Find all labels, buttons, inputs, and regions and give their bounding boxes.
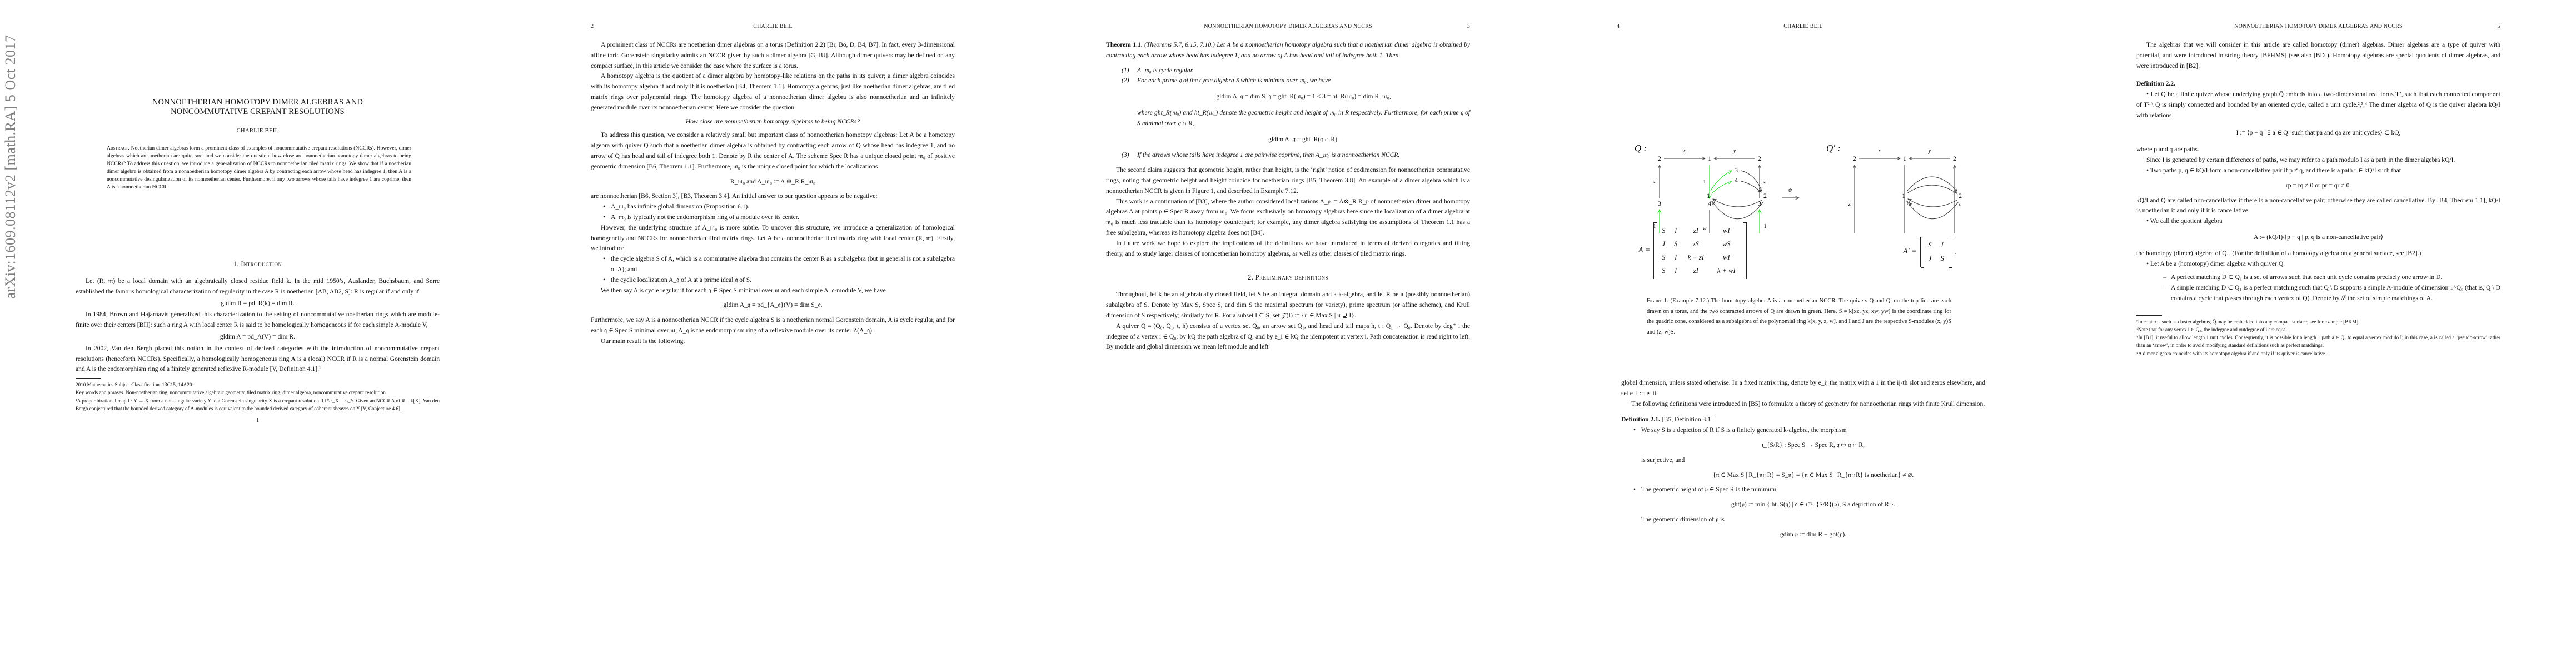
page-4: 4 CHARLIE BEIL Q : 212 343 bbox=[1546, 0, 2061, 667]
definition-bullet: • Let Q be a finite quiver whose underly… bbox=[2136, 89, 2500, 121]
list-item: We say S is a depiction of R if S is a f… bbox=[1641, 425, 1985, 480]
page-number: 3 bbox=[1467, 23, 1470, 29]
paragraph: the homotopy (dimer) algebra of Q.⁵ (For… bbox=[2136, 248, 2500, 259]
svg-text:3: 3 bbox=[1735, 167, 1738, 174]
definition-2-2-label: Definition 2.2. bbox=[2136, 79, 2500, 89]
paragraph: In 2002, Van den Bergh placed this notio… bbox=[76, 344, 440, 375]
page-3-body: Theorem 1.1. (Theorems 5.7, 6.15, 7.10.)… bbox=[1106, 40, 1470, 352]
author: CHARLIE BEIL bbox=[76, 128, 440, 134]
equation: gldim A_𝔮 = pd_{A_𝔮}(V) = dim S_𝔮. bbox=[591, 300, 955, 311]
theorem-item-3: (3)If the arrows whose tails have indegr… bbox=[1137, 150, 1470, 161]
paragraph: kQ/I and Q are called non-cancellative i… bbox=[2136, 196, 2500, 217]
abstract-text: Noetherian dimer algebras form a promine… bbox=[107, 145, 411, 190]
footnote-rule bbox=[2136, 315, 2162, 316]
svg-text:2: 2 bbox=[1959, 192, 1962, 200]
paragraph: The following definitions were introduce… bbox=[1621, 399, 1985, 410]
equation: ght(𝔭) := min { ht_S(𝔮) | 𝔮 ∈ ι⁻¹_{S/R}(… bbox=[1641, 500, 1985, 510]
list-item: A perfect matching D ⊂ Q₁ is a set of ar… bbox=[2171, 272, 2500, 283]
svg-text:2: 2 bbox=[1658, 155, 1661, 162]
definition-ref: [B5, Definition 3.1] bbox=[1662, 416, 1713, 423]
title-line-1: NONNOETHERIAN HOMOTOPY DIMER ALGEBRAS AN… bbox=[76, 98, 440, 107]
list-item: The geometric height of 𝔭 ∈ Spec R is th… bbox=[1641, 485, 1985, 540]
theorem-item-2: (2)For each prime 𝔮 of the cycle algebra… bbox=[1137, 76, 1470, 145]
paragraph: where p and q are paths. bbox=[2136, 145, 2500, 155]
theorem-1-1: Theorem 1.1. (Theorems 5.7, 6.15, 7.10.)… bbox=[1106, 40, 1470, 61]
paragraph: Furthermore, we say A is a nonnoetherian… bbox=[591, 315, 955, 336]
page-2: 2 CHARLIE BEIL A prominent class of NCCR… bbox=[515, 0, 1030, 667]
paragraph: The second claim suggests that geometric… bbox=[1106, 165, 1470, 196]
paragraph: A homotopy algebra is the quotient of a … bbox=[591, 71, 955, 113]
dash-list: A perfect matching D ⊂ Q₁ is a set of ar… bbox=[2136, 272, 2500, 303]
section-heading-introduction: 1. Introduction bbox=[76, 260, 440, 268]
paragraph: Let (R, 𝔪) be a local domain with an alg… bbox=[76, 276, 440, 297]
quiver-Q-label: Q : bbox=[1635, 143, 1647, 153]
page-number: 1 bbox=[76, 416, 440, 426]
list-item: A_𝔪₀ has infinite global dimension (Prop… bbox=[611, 202, 955, 212]
paragraph: A prominent class of NCCRs are noetheria… bbox=[591, 40, 955, 71]
matrix-A-grid: SIzIwI JSzSwS SIk + zIwI SIzIk + wI bbox=[1653, 222, 1747, 279]
equation: rp = rq ≠ 0 or pr = qr ≠ 0. bbox=[2136, 181, 2500, 191]
theorem-item-1: (1)A_𝔪₀ is cycle regular. bbox=[1137, 66, 1470, 76]
page-number: 5 bbox=[2498, 23, 2500, 29]
small-quiver-diagrams: 3 4 1 2 1 2 bbox=[1546, 167, 2061, 256]
section-heading-preliminaries: 2. Preliminary definitions bbox=[1106, 273, 1470, 282]
paragraph: However, the underlying structure of A_𝔪… bbox=[591, 223, 955, 254]
paragraph: This work is a continuation of [B3], whe… bbox=[1106, 197, 1470, 238]
paragraph: In 1984, Brown and Hajarnavis generalize… bbox=[76, 310, 440, 331]
equation: gldim A_𝔮 = dim S_𝔮 = ght_R(𝔪₀) = 1 < 3 … bbox=[1137, 92, 1470, 102]
figure-1: Q : 212 343 121 bbox=[1546, 0, 2061, 295]
page-5-body: The algebras that we will consider in th… bbox=[2136, 40, 2500, 357]
list-item: A_𝔪₀ is typically not the endomorphism r… bbox=[611, 212, 955, 223]
abstract-label: Abstract. bbox=[107, 145, 129, 151]
list-item: the cyclic localization A_𝔮 of A at a pr… bbox=[611, 275, 955, 286]
paragraph: global dimension, unless stated otherwis… bbox=[1621, 378, 1985, 399]
bullet-list: A_𝔪₀ has infinite global dimension (Prop… bbox=[591, 202, 955, 223]
page-2-body: A prominent class of NCCRs are noetheria… bbox=[591, 40, 955, 347]
svg-text:1: 1 bbox=[1708, 155, 1711, 162]
title-line-2: NONCOMMUTATIVE CREPANT RESOLUTIONS bbox=[76, 107, 440, 117]
footnote-rule bbox=[76, 378, 101, 379]
equation: gldim A_𝔮 = ght_R(𝔮 ∩ R). bbox=[1137, 135, 1470, 145]
definition-label: Definition 2.1. bbox=[1621, 416, 1660, 423]
paragraph: The algebras that we will consider in th… bbox=[2136, 40, 2500, 71]
equation: R_𝔪₀ and A_𝔪₀ := A ⊗_R R_𝔪₀ bbox=[591, 177, 955, 187]
equation: gldim R = pd_R(k) = dim R. bbox=[76, 298, 440, 309]
footnote-4: ⁴In [B1], it useful to allow length 1 un… bbox=[2136, 333, 2500, 349]
svg-text:4: 4 bbox=[1735, 176, 1738, 184]
svg-text:2: 2 bbox=[1853, 155, 1856, 162]
matrix-A-prime-grid: SI JS bbox=[1920, 237, 1952, 267]
page-5: NONNOETHERIAN HOMOTOPY DIMER ALGEBRAS AN… bbox=[2061, 0, 2576, 667]
definition-bullet: • We call the quotient algebra bbox=[2136, 216, 2500, 227]
svg-text:1: 1 bbox=[1707, 192, 1710, 200]
bullet-list: the cycle algebra S of A, which is a com… bbox=[591, 254, 955, 285]
caption-text: (Example 7.12.) The homotopy algebra A i… bbox=[1647, 298, 1951, 335]
paragraph: To address this question, we consider a … bbox=[591, 130, 955, 172]
abstract: Abstract. Noetherian dimer algebras form… bbox=[107, 145, 411, 192]
arxiv-stamp: arXiv:1609.08112v2 [math.RA] 5 Oct 2017 bbox=[2, 22, 19, 311]
equation: gldim A = pd_A(V) = dim R. bbox=[76, 332, 440, 342]
question: How close are nonnoetherian homotopy alg… bbox=[591, 117, 955, 127]
svg-text:y: y bbox=[1733, 148, 1736, 154]
theorem-label: Theorem 1.1. bbox=[1106, 41, 1143, 48]
equation: gdim 𝔭 := dim R − ght(𝔭). bbox=[1641, 530, 1985, 540]
definition-2-1: Definition 2.1. [B5, Definition 3.1] bbox=[1621, 415, 1985, 425]
paragraph: A quiver Q = (Q₀, Q₁, t, h) consists of … bbox=[1106, 321, 1470, 352]
figure-caption: Figure 1. (Example 7.12.) The homotopy a… bbox=[1647, 296, 1951, 338]
paragraph: We then say A is cycle regular if for ea… bbox=[591, 286, 955, 296]
matrix-A: A = SIzIwI JSzSwS SIk + zIwI SIzIk + wI bbox=[1638, 222, 1747, 279]
svg-text:1: 1 bbox=[1902, 192, 1905, 200]
definition-bullet: • Let A be a (homotopy) dimer algebra wi… bbox=[2136, 259, 2500, 270]
svg-text:y: y bbox=[1928, 148, 1931, 154]
paper-title: NONNOETHERIAN HOMOTOPY DIMER ALGEBRAS AN… bbox=[76, 98, 440, 117]
theorem-ref: (Theorems 5.7, 6.15, 7.10.) bbox=[1144, 41, 1215, 48]
equation: I := ⟨p − q | ∃ a ∈ Q₁ such that pa and … bbox=[2136, 128, 2500, 138]
matrix-A-prime: A′ = SI JS . bbox=[1903, 237, 1956, 267]
footnote-2: ²In contexts such as cluster algebras, Q… bbox=[2136, 318, 2500, 326]
theorem-items: (1)A_𝔪₀ is cycle regular. (2)For each pr… bbox=[1106, 66, 1470, 161]
figure-label: Figure 1. bbox=[1647, 298, 1668, 304]
running-title: NONNOETHERIAN HOMOTOPY DIMER ALGEBRAS AN… bbox=[1106, 23, 1470, 29]
paragraph: Our main result is the following. bbox=[591, 336, 955, 347]
paragraph: Throughout, let k be an algebraically cl… bbox=[1106, 290, 1470, 321]
running-title: NONNOETHERIAN HOMOTOPY DIMER ALGEBRAS AN… bbox=[2136, 23, 2500, 29]
paragraph: In future work we hope to explore the im… bbox=[1106, 238, 1470, 260]
page-1: arXiv:1609.08112v2 [math.RA] 5 Oct 2017 … bbox=[0, 0, 515, 667]
footnote-keywords: Key words and phrases. Non-noetherian ri… bbox=[76, 389, 440, 396]
equation: {𝔫 ∈ Max S | R_{𝔫∩R} = S_𝔫} = {𝔫 ∈ Max S… bbox=[1641, 470, 1985, 481]
svg-text:x: x bbox=[1683, 148, 1686, 154]
svg-text:2: 2 bbox=[1763, 192, 1767, 200]
pdf-page-spread: arXiv:1609.08112v2 [math.RA] 5 Oct 2017 … bbox=[0, 0, 2576, 667]
equation: ι_{S/R} : Spec S → Spec R, 𝔮 ↦ 𝔮 ∩ R, bbox=[1641, 440, 1985, 451]
paragraph: Since I is generated by certain differen… bbox=[2136, 155, 2500, 166]
paragraph: are nonnoetherian [B6, Section 3], [B3, … bbox=[591, 191, 955, 202]
footnote-msc: 2010 Mathematics Subject Classification.… bbox=[76, 381, 440, 389]
svg-text:2: 2 bbox=[1953, 155, 1956, 162]
svg-text:2: 2 bbox=[1758, 155, 1761, 162]
list-item: A simple matching D ⊂ Q₁ is a perfect ma… bbox=[2171, 283, 2500, 304]
definition-bullet: • Two paths p, q ∈ kQ/I form a non-cance… bbox=[2136, 166, 2500, 176]
svg-text:x: x bbox=[1878, 148, 1881, 154]
footnote-3: ³Note that for any vertex i ∈ Q₀, the in… bbox=[2136, 326, 2500, 333]
running-title: CHARLIE BEIL bbox=[591, 23, 955, 29]
quiver-Qprime-label: Q′ : bbox=[1826, 143, 1841, 153]
page-3: NONNOETHERIAN HOMOTOPY DIMER ALGEBRAS AN… bbox=[1030, 0, 1546, 667]
footnote-5: ⁵A dimer algebra coincides with its homo… bbox=[2136, 350, 2500, 357]
page-1-body: 1. Introduction Let (R, 𝔪) be a local do… bbox=[76, 260, 440, 427]
footnote-1: ¹A proper birational map f : Y → X from … bbox=[76, 397, 440, 412]
equation: A := (kQ/I)/⟨p − q | p, q is a non-cance… bbox=[2136, 232, 2500, 243]
definition-bullets: We say S is a depiction of R if S is a f… bbox=[1621, 425, 1985, 540]
list-item: the cycle algebra S of A, which is a com… bbox=[611, 254, 955, 275]
svg-text:1: 1 bbox=[1903, 155, 1906, 162]
page-4-body: global dimension, unless stated otherwis… bbox=[1621, 378, 1985, 545]
theorem-item-2-cont: where ght_R(𝔪₀) and ht_R(𝔪₀) denote the … bbox=[1137, 108, 1470, 129]
